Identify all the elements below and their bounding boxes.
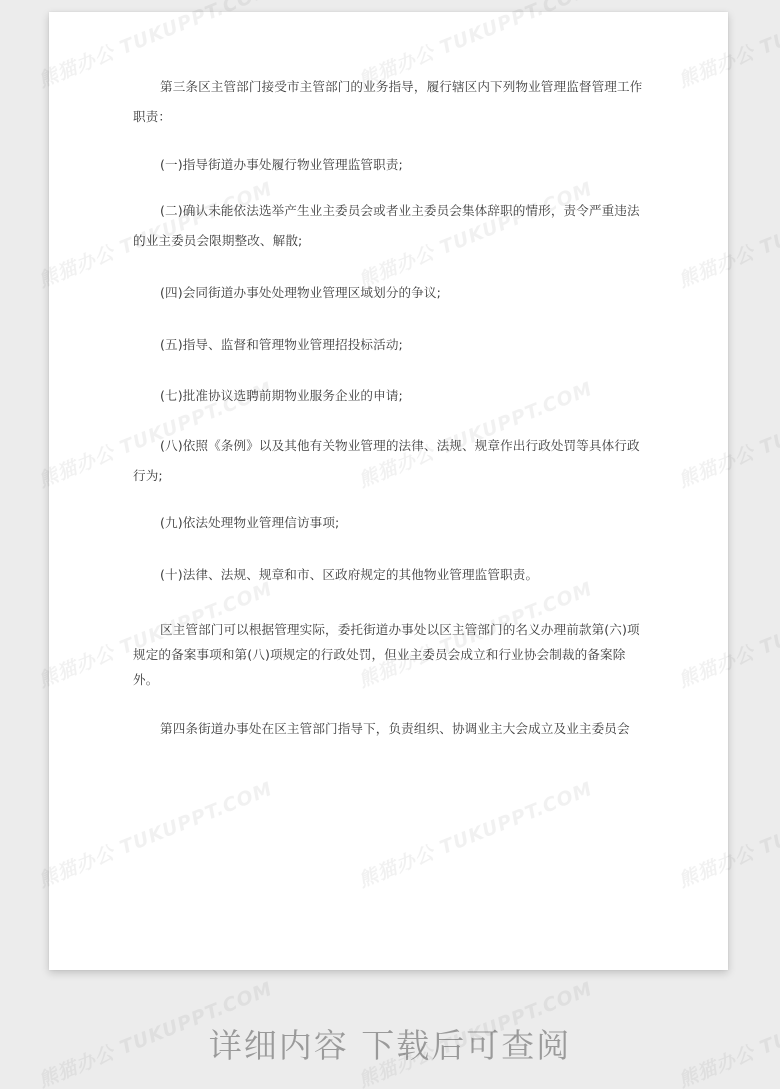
paragraph-item-9: (九)依法处理物业管理信访事项; <box>133 508 645 538</box>
paragraph-item-2: (二)确认未能依法选举产生业主委员会或者业主委员会集体辞职的情形，责令严重违法的… <box>133 196 645 256</box>
paragraph-item-1: (一)指导街道办事处履行物业管理监管职责; <box>133 150 645 180</box>
download-hint: 详细内容 下载后可查阅 <box>0 1020 780 1067</box>
paragraph-delegation: 区主管部门可以根据管理实际，委托街道办事处以区主管部门的名义办理前款第(六)项规… <box>133 617 645 692</box>
paragraph-item-4: (四)会同街道办事处处理物业管理区域划分的争议; <box>133 278 645 308</box>
paragraph-item-10: (十)法律、法规、规章和市、区政府规定的其他物业管理监管职责。 <box>133 560 645 590</box>
paragraph-item-8: (八)依照《条例》以及其他有关物业管理的法律、法规、规章作出行政处罚等具体行政行… <box>133 431 645 491</box>
paragraph-item-5: (五)指导、监督和管理物业管理招投标活动; <box>133 330 645 360</box>
paragraph-article-3: 第三条区主管部门接受市主管部门的业务指导，履行辖区内下列物业管理监督管理工作职责… <box>133 72 645 132</box>
document-page: 第三条区主管部门接受市主管部门的业务指导，履行辖区内下列物业管理监督管理工作职责… <box>49 12 728 970</box>
paragraph-item-7: (七)批准协议选聘前期物业服务企业的申请; <box>133 381 645 411</box>
paragraph-article-4: 第四条街道办事处在区主管部门指导下，负责组织、协调业主大会成立及业主委员会 <box>133 714 645 744</box>
